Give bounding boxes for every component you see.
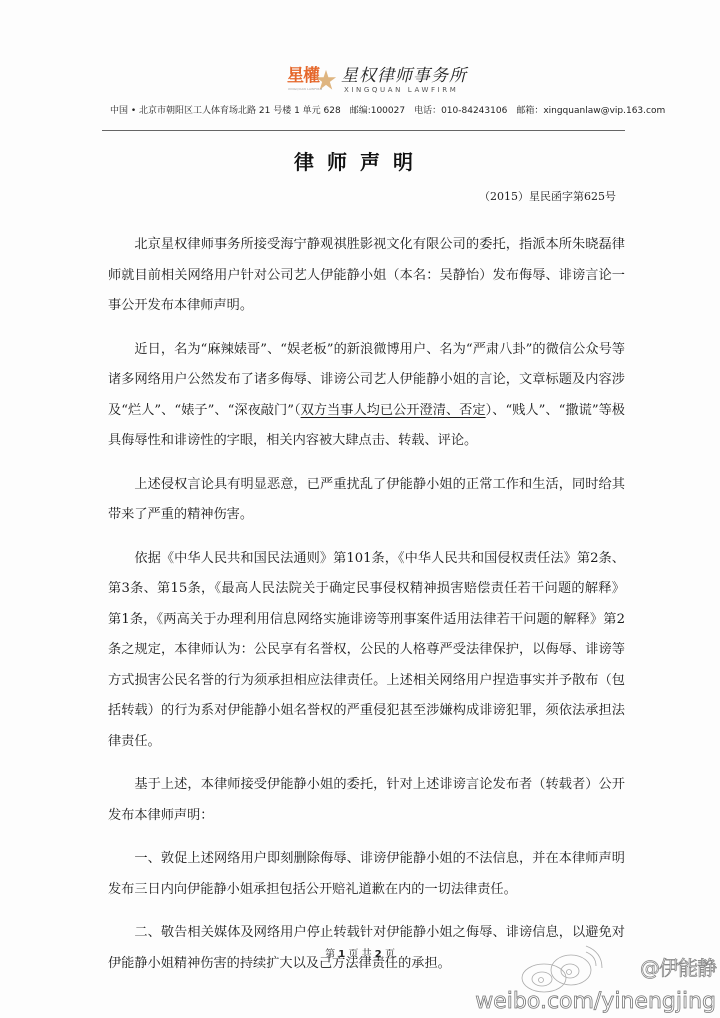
paragraph-demand-1: 一、敦促上述网络用户即刻删除侮辱、诽谤伊能静小姐的不法信息，并在本律师声明发布三… [108, 844, 625, 905]
header-divider [102, 130, 625, 131]
paragraph-facts: 近日，名为“麻辣婊哥”、“娱老板”的新浪微博用户、名为“严肃八卦”的微信公众号等… [108, 335, 625, 457]
firm-name-en: XINGQUAN LAWFIRM [344, 86, 467, 95]
page-number: 第 1 页 共 2 页 [0, 945, 720, 960]
paragraph-facts-underlined: 双方当事人均已公开澄清、否定 [301, 403, 486, 418]
watermark-url: weibo.com/yinengjing [475, 989, 716, 1014]
paragraph-legal-basis: 依据《中华人民共和国民法通则》第101条，《中华人民共和国侵权责任法》第2条、第… [108, 544, 625, 758]
firm-address: 中国 • 北京市朝阳区工人体育场北路 21 号楼 1 单元 628 邮编:100… [110, 103, 665, 116]
document-page: 星權 XINGQUAN LAWFIRM 星权律师事务所 XINGQUAN LAW… [0, 0, 720, 1018]
page-current: 1 [338, 949, 345, 960]
paragraph-declaration-intro: 基于上述，本律师接受伊能静小姐的委托，针对上述诽谤言论发布者（转载者）公开发布本… [108, 770, 625, 831]
star-icon [315, 69, 337, 91]
firm-name: 星权律师事务所 XINGQUAN LAWFIRM [341, 66, 467, 95]
page-total: 2 [375, 949, 382, 960]
document-body: 北京星权律师事务所接受海宁静观祺胜影视文化有限公司的委托，指派本所朱晓磊律师就目… [108, 230, 625, 992]
paragraph-intro: 北京星权律师事务所接受海宁静观祺胜影视文化有限公司的委托，指派本所朱晓磊律师就目… [108, 230, 625, 322]
firm-name-cn: 星权律师事务所 [341, 66, 467, 86]
document-title: 律师声明 [0, 146, 720, 175]
paragraph-harm: 上述侵权言论具有明显恶意，已严重扰乱了伊能静小姐的正常工作和生活，同时给其带来了… [108, 470, 625, 531]
document-number: （2015）星民函字第625号 [479, 188, 616, 204]
firm-logo: 星權 XINGQUAN LAWFIRM 星权律师事务所 XINGQUAN LAW… [287, 64, 467, 96]
logo-mark: 星權 XINGQUAN LAWFIRM [287, 65, 335, 95]
